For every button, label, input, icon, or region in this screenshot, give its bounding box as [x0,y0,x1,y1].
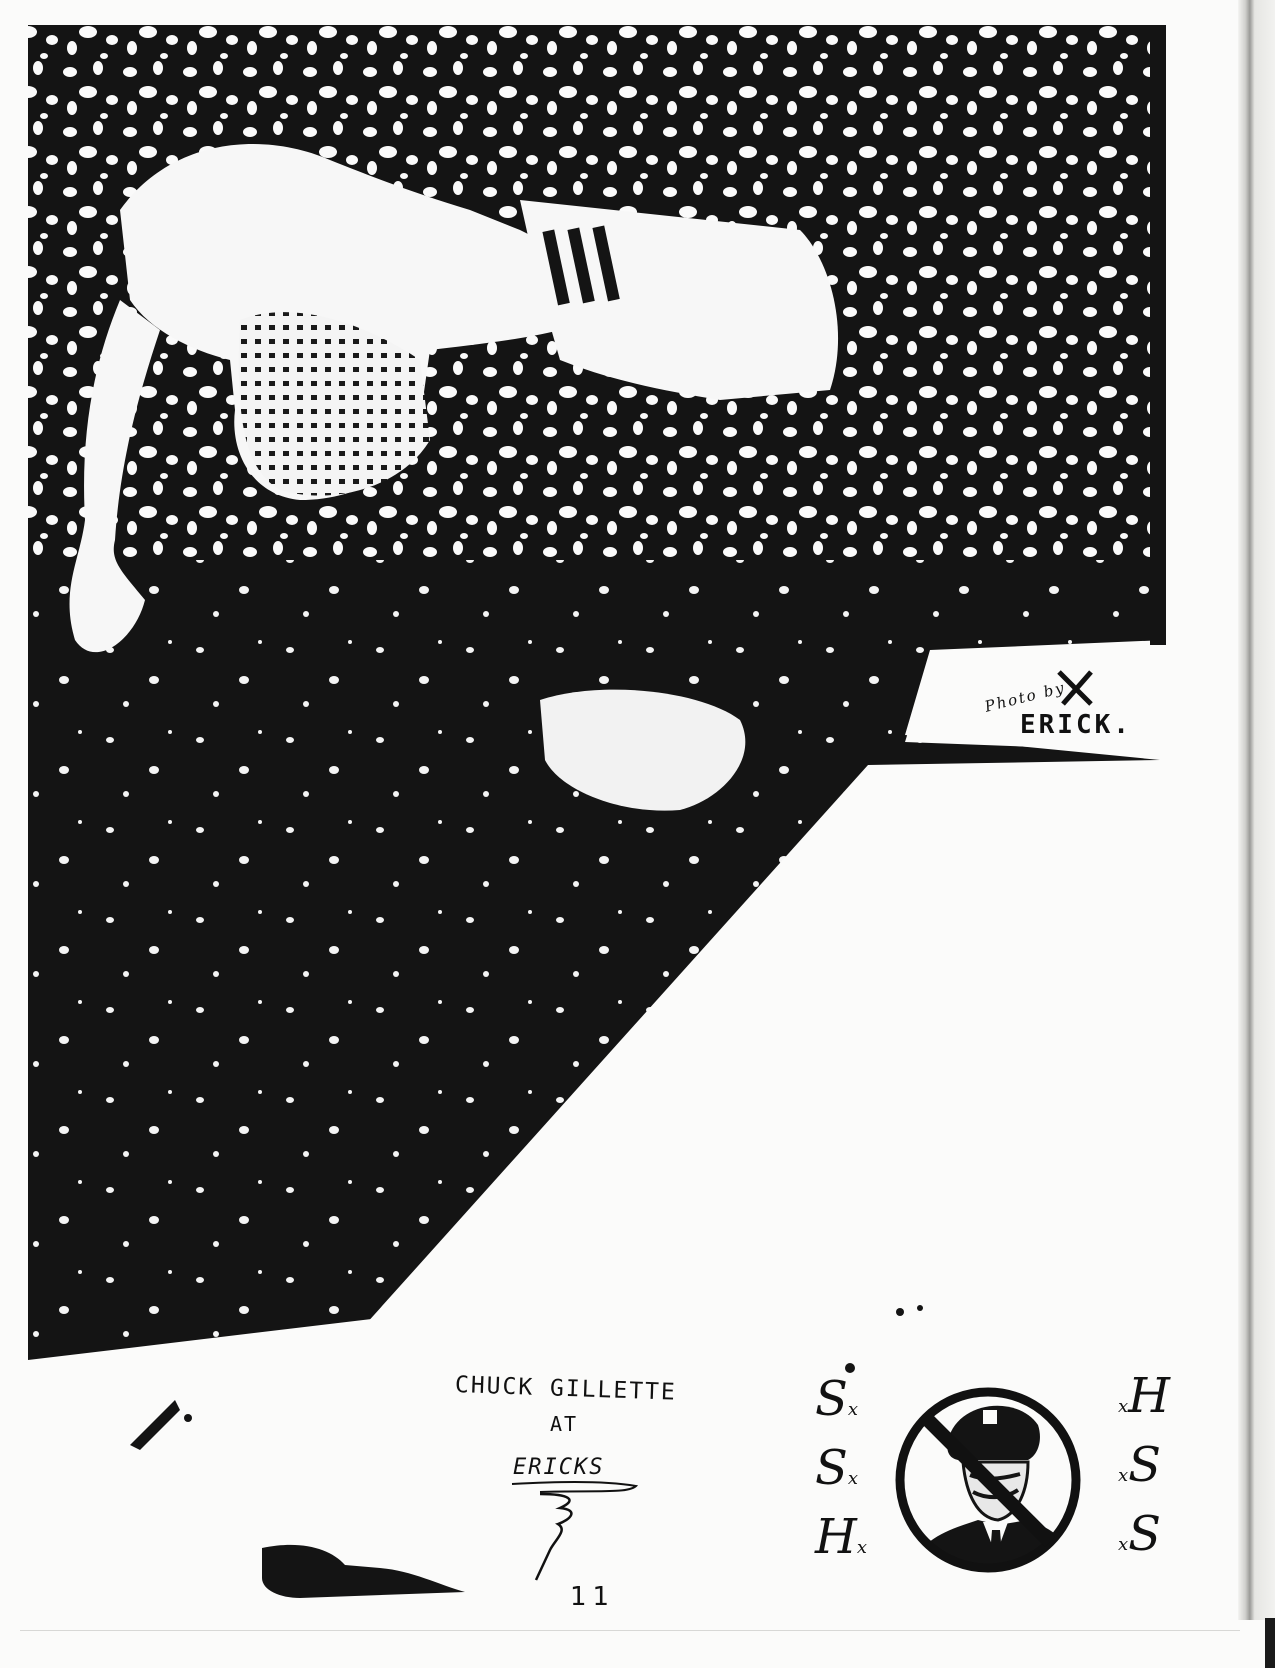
signature-flourish [510,1480,640,1590]
caption-location: ERICKS [513,1455,604,1480]
page-edge-line [20,1630,1240,1631]
sxe-letters-left: Sx Sx Hx [815,1370,867,1577]
binding-spine [1238,0,1275,1620]
photo-credit-name: ERICK. [1020,710,1132,740]
zine-page: Photo by ERICK. CHUCK GILLETTE AT ERICKS… [0,0,1275,1668]
binding-edge [1265,1618,1275,1668]
cross-mark-icon [1055,668,1095,708]
sxe-letters-right: xH xS xS [1118,1367,1170,1574]
page-number: 11 [570,1582,615,1612]
caption-at: AT [550,1412,578,1436]
no-police-icon [888,1380,1088,1580]
